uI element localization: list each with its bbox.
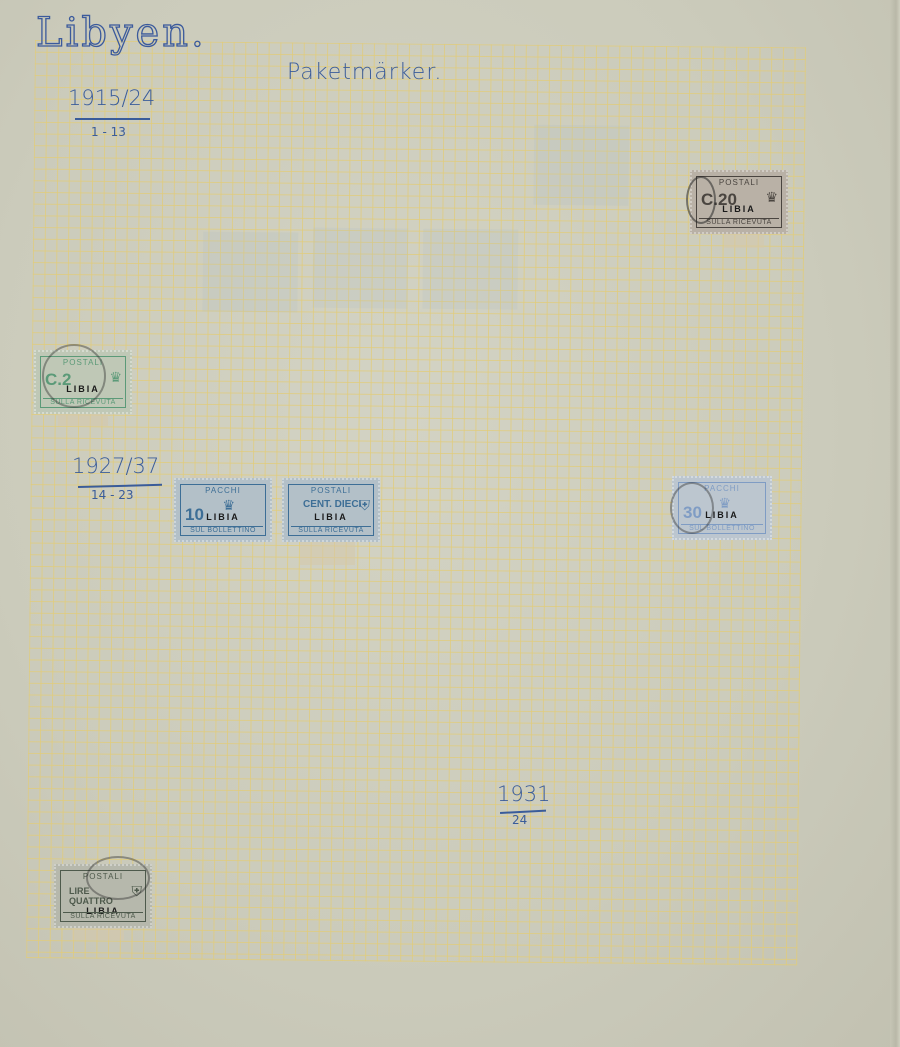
catalogue-range: 1 - 13 — [91, 125, 126, 139]
stamp-footer: SUL BOLLETTINO — [183, 526, 263, 534]
parcel-post-stamp[interactable]: POSTALI C.20 ♛ LIBIA SULLA RICEVUTA — [690, 170, 788, 234]
postmark — [686, 176, 716, 224]
stamp-overprint: LIBIA — [289, 512, 373, 522]
page-edge — [890, 0, 900, 1047]
empty-stamp-space — [533, 125, 629, 206]
stamp-overprint: LIBIA — [181, 512, 265, 522]
postmark — [670, 482, 714, 534]
stamp-header: POSTALI — [291, 486, 371, 495]
stamp-header: PACCHI — [183, 486, 263, 495]
album-page: Libyen. Paketmärker. 1915/24 1 - 13 1927… — [0, 0, 900, 1047]
group-years: 1915/24 — [68, 86, 155, 110]
empty-stamp-space — [312, 228, 408, 309]
empty-stamp-space — [202, 232, 298, 313]
section-title: Paketmärker. — [287, 60, 442, 85]
stamp-footer: SULLA RICEVUTA — [63, 912, 143, 920]
catalogue-range: 24 — [512, 813, 527, 827]
parcel-post-stamp[interactable]: POSTALI LIRE QUATTRO ⛨ LIBIA SULLA RICEV… — [54, 864, 152, 928]
parcel-post-stamp[interactable]: POSTALI CENT. DIECI ⛨ LIBIA SULLA RICEVU… — [282, 478, 380, 542]
stamp-footer: SULLA RICEVUTA — [699, 218, 779, 226]
postmark — [42, 344, 106, 408]
postmark — [86, 856, 150, 900]
country-title: Libyen. — [36, 10, 207, 56]
parcel-post-stamp[interactable]: PACCHI 30 ♛ LIBIA SUL BOLLETTINO — [672, 476, 772, 540]
catalogue-range: 14 - 23 — [91, 488, 134, 502]
parcel-post-stamp[interactable]: PACCHI 10 ♛ LIBIA SUL BOLLETTINO — [174, 478, 272, 542]
stamp-footer: SULLA RICEVUTA — [291, 526, 371, 534]
parcel-post-stamp[interactable]: POSTALI C.2 ♛ LIBIA SULLA RICEVUTA — [34, 350, 132, 414]
divider-line — [75, 118, 150, 120]
group-years: 1927/37 — [72, 454, 159, 478]
empty-stamp-space — [422, 229, 518, 310]
stamp-value: CENT. DIECI — [303, 499, 361, 510]
group-years: 1931 — [497, 782, 550, 806]
